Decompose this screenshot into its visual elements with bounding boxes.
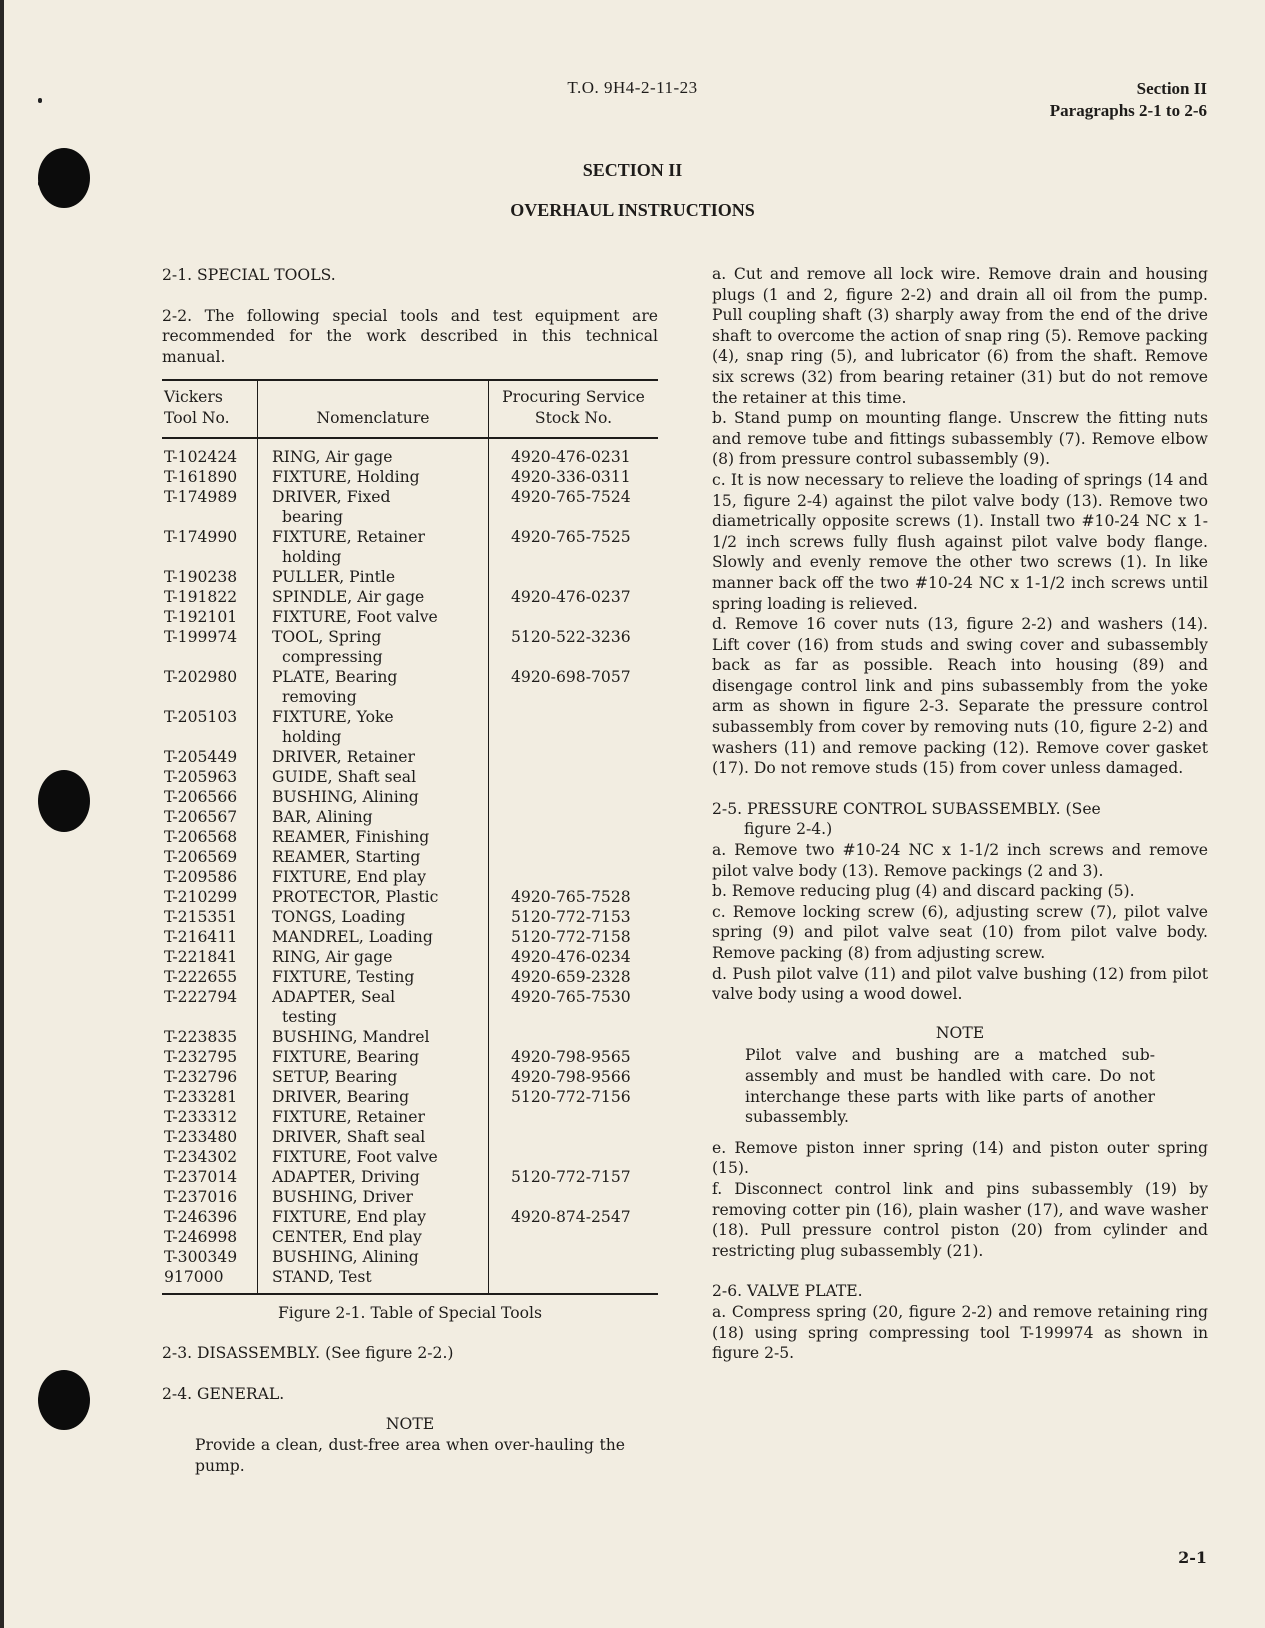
step-2-5-e: e. Remove piston inner spring (14) and p… [712,1138,1208,1179]
nomenclature-cell: PLATE, Bearingremoving [258,667,489,707]
heading-2-1: 2-1. SPECIAL TOOLS. [162,265,658,286]
section-title: SECTION II [0,160,1265,181]
table-row: T-216411MANDREL, Loading5120-772-7158 [162,927,658,947]
scan-edge [0,0,4,1628]
table-row: T-202980PLATE, Bearingremoving4920-698-7… [162,667,658,707]
nomenclature-cell: ADAPTER, Sealtesting [258,987,489,1027]
stock-number-cell: 5120-772-7158 [489,927,659,947]
tool-number-cell: T-233312 [162,1107,258,1127]
table-row: T-205963GUIDE, Shaft seal [162,767,658,787]
tool-number-cell: T-206567 [162,807,258,827]
tool-number-cell: T-192101 [162,607,258,627]
table-row: T-237016BUSHING, Driver [162,1187,658,1207]
stock-number-cell: 4920-476-0234 [489,947,659,967]
tool-number-cell: T-191822 [162,587,258,607]
table-row: T-199974TOOL, Springcompressing5120-522-… [162,627,658,667]
stock-number-cell [489,607,659,627]
stock-number-cell [489,1227,659,1247]
nomenclature-cell: REAMER, Starting [258,847,489,867]
tool-number-cell: T-233281 [162,1087,258,1107]
nomenclature-cell: GUIDE, Shaft seal [258,767,489,787]
table-row: T-205103FIXTURE, Yokeholding [162,707,658,747]
table-row: T-174990FIXTURE, Retainerholding4920-765… [162,527,658,567]
tool-number-cell: T-234302 [162,1147,258,1167]
stock-number-cell: 4920-765-7530 [489,987,659,1027]
table-row: T-206567BAR, Alining [162,807,658,827]
nomenclature-cell: SPINDLE, Air gage [258,587,489,607]
tool-number-cell: T-205103 [162,707,258,747]
tool-number-cell: T-206569 [162,847,258,867]
header-nomenclature: Nomenclature [258,380,489,437]
step-2-5-d: d. Push pilot valve (11) and pilot valve… [712,964,1208,1005]
nomenclature-cell: FIXTURE, Retainerholding [258,527,489,567]
tool-number-cell: T-205449 [162,747,258,767]
table-row: T-233312FIXTURE, Retainer [162,1107,658,1127]
step-2-5-a: a. Remove two #10-24 NC x 1-1/2 inch scr… [712,840,1208,881]
nomenclature-cell: FIXTURE, Foot valve [258,607,489,627]
nomenclature-cell: BUSHING, Mandrel [258,1027,489,1047]
tool-number-cell: T-202980 [162,667,258,707]
paragraphs-label: Paragraphs 2-1 to 2-6 [1050,100,1207,122]
nomenclature-cell: DRIVER, Retainer [258,747,489,767]
table-row: T-210299PROTECTOR, Plastic4920-765-7528 [162,887,658,907]
header-tool-no: Vickers Tool No. [162,380,258,437]
step-d: d. Remove 16 cover nuts (13, figure 2-2)… [712,614,1208,779]
table-row: T-232795FIXTURE, Bearing4920-798-9565 [162,1047,658,1067]
nomenclature-cell: RING, Air gage [258,947,489,967]
nomenclature-cell: BUSHING, Alining [258,787,489,807]
nomenclature-cell: FIXTURE, Bearing [258,1047,489,1067]
tool-number-cell: T-102424 [162,438,258,467]
table-header-row: Vickers Tool No. Nomenclature Procuring … [162,380,658,437]
tool-number-cell: T-216411 [162,927,258,947]
table-row: T-174989DRIVER, Fixedbearing4920-765-752… [162,487,658,527]
table-row: T-234302FIXTURE, Foot valve [162,1147,658,1167]
stock-number-cell: 4920-765-7524 [489,487,659,527]
heading-2-5: 2-5. PRESSURE CONTROL SUBASSEMBLY. (See [712,799,1208,820]
tool-number-cell: 917000 [162,1267,258,1294]
table-row: T-215351TONGS, Loading5120-772-7153 [162,907,658,927]
tool-number-cell: T-199974 [162,627,258,667]
table-row: T-102424RING, Air gage4920-476-0231 [162,438,658,467]
table-row: T-191822SPINDLE, Air gage4920-476-0237 [162,587,658,607]
punch-hole-icon [38,770,90,832]
tool-number-cell: T-174989 [162,487,258,527]
special-tools-table: Vickers Tool No. Nomenclature Procuring … [162,379,658,1294]
nomenclature-cell: RING, Air gage [258,438,489,467]
left-column: 2-1. SPECIAL TOOLS. 2-2. The following s… [162,265,658,1476]
table-row: T-161890FIXTURE, Holding4920-336-0311 [162,467,658,487]
scan-speck [38,98,42,103]
table-row: T-222655FIXTURE, Testing4920-659-2328 [162,967,658,987]
nomenclature-cell: BUSHING, Driver [258,1187,489,1207]
table-row: 917000STAND, Test [162,1267,658,1294]
nomenclature-cell: DRIVER, Shaft seal [258,1127,489,1147]
heading-2-5-ref: figure 2-4.) [712,819,1208,840]
table-row: T-209586FIXTURE, End play [162,867,658,887]
nomenclature-cell: PULLER, Pintle [258,567,489,587]
step-2-5-c: c. Remove locking screw (6), adjusting s… [712,902,1208,964]
table-row: T-206566BUSHING, Alining [162,787,658,807]
step-b: b. Stand pump on mounting flange. Unscre… [712,408,1208,470]
note-title: NOTE [162,1414,658,1435]
nomenclature-cell: FIXTURE, End play [258,867,489,887]
stock-number-cell [489,1107,659,1127]
stock-number-cell: 4920-798-9565 [489,1047,659,1067]
table-row: T-206569REAMER, Starting [162,847,658,867]
nomenclature-cell: REAMER, Finishing [258,827,489,847]
tool-number-cell: T-246998 [162,1227,258,1247]
nomenclature-cell: TOOL, Springcompressing [258,627,489,667]
nomenclature-cell: PROTECTOR, Plastic [258,887,489,907]
note-body: Provide a clean, dust-free area when ove… [195,1435,625,1476]
tool-number-cell: T-246396 [162,1207,258,1227]
nomenclature-cell: ADAPTER, Driving [258,1167,489,1187]
stock-number-cell: 5120-772-7156 [489,1087,659,1107]
paragraph-2-2: 2-2. The following special tools and tes… [162,306,658,368]
stock-number-cell: 4920-698-7057 [489,667,659,707]
stock-number-cell [489,1247,659,1267]
nomenclature-cell: FIXTURE, Yokeholding [258,707,489,747]
tool-number-cell: T-237016 [162,1187,258,1207]
stock-number-cell [489,767,659,787]
table-row: T-237014ADAPTER, Driving5120-772-7157 [162,1167,658,1187]
stock-number-cell [489,1027,659,1047]
nomenclature-cell: DRIVER, Fixedbearing [258,487,489,527]
tool-number-cell: T-232795 [162,1047,258,1067]
nomenclature-cell: FIXTURE, End play [258,1207,489,1227]
stock-number-cell [489,867,659,887]
stock-number-cell [489,567,659,587]
heading-2-4: 2-4. GENERAL. [162,1384,658,1405]
tool-number-cell: T-223835 [162,1027,258,1047]
stock-number-cell [489,1127,659,1147]
stock-number-cell: 4920-765-7525 [489,527,659,567]
table-row: T-221841RING, Air gage4920-476-0234 [162,947,658,967]
tool-number-cell: T-209586 [162,867,258,887]
stock-number-cell [489,707,659,747]
tool-number-cell: T-237014 [162,1167,258,1187]
heading-2-3: 2-3. DISASSEMBLY. (See figure 2-2.) [162,1343,658,1364]
nomenclature-cell: STAND, Test [258,1267,489,1294]
step-a: a. Cut and remove all lock wire. Remove … [712,264,1208,408]
table-row: T-246998CENTER, End play [162,1227,658,1247]
figure-caption: Figure 2-1. Table of Special Tools [162,1303,658,1324]
nomenclature-cell: FIXTURE, Testing [258,967,489,987]
section-subtitle: OVERHAUL INSTRUCTIONS [0,200,1265,221]
stock-number-cell [489,847,659,867]
table-body: T-102424RING, Air gage4920-476-0231T-161… [162,438,658,1294]
stock-number-cell [489,807,659,827]
tool-number-cell: T-210299 [162,887,258,907]
stock-number-cell: 5120-772-7153 [489,907,659,927]
table-row: T-232796SETUP, Bearing4920-798-9566 [162,1067,658,1087]
stock-number-cell [489,1147,659,1167]
tool-number-cell: T-215351 [162,907,258,927]
running-header: Section II Paragraphs 2-1 to 2-6 [1050,78,1207,122]
table-row: T-205449DRIVER, Retainer [162,747,658,767]
table-row: T-300349BUSHING, Alining [162,1247,658,1267]
stock-number-cell [489,787,659,807]
table-row: T-206568REAMER, Finishing [162,827,658,847]
punch-hole-icon [38,1370,90,1430]
tool-number-cell: T-205963 [162,767,258,787]
nomenclature-cell: FIXTURE, Holding [258,467,489,487]
tool-number-cell: T-222794 [162,987,258,1027]
stock-number-cell: 4920-798-9566 [489,1067,659,1087]
stock-number-cell: 4920-476-0231 [489,438,659,467]
table-row: T-192101FIXTURE, Foot valve [162,607,658,627]
table-row: T-223835BUSHING, Mandrel [162,1027,658,1047]
stock-number-cell [489,747,659,767]
stock-number-cell: 4920-659-2328 [489,967,659,987]
table-row: T-233480DRIVER, Shaft seal [162,1127,658,1147]
stock-number-cell: 4920-476-0237 [489,587,659,607]
step-c: c. It is now necessary to relieve the lo… [712,470,1208,614]
section-label: Section II [1050,78,1207,100]
stock-number-cell: 4920-765-7528 [489,887,659,907]
step-2-5-b: b. Remove reducing plug (4) and discard … [712,881,1208,902]
nomenclature-cell: TONGS, Loading [258,907,489,927]
step-2-5-f: f. Disconnect control link and pins suba… [712,1179,1208,1261]
tool-number-cell: T-206568 [162,827,258,847]
heading-2-6: 2-6. VALVE PLATE. [712,1281,1208,1302]
nomenclature-cell: BAR, Alining [258,807,489,827]
nomenclature-cell: SETUP, Bearing [258,1067,489,1087]
note-body: Pilot valve and bushing are a matched su… [745,1045,1155,1127]
tool-number-cell: T-221841 [162,947,258,967]
nomenclature-cell: DRIVER, Bearing [258,1087,489,1107]
table-row: T-222794ADAPTER, Sealtesting4920-765-753… [162,987,658,1027]
note-title: NOTE [712,1023,1208,1044]
tool-number-cell: T-233480 [162,1127,258,1147]
stock-number-cell [489,1187,659,1207]
table-row: T-233281DRIVER, Bearing5120-772-7156 [162,1087,658,1107]
step-2-6-a: a. Compress spring (20, figure 2-2) and … [712,1302,1208,1364]
tool-number-cell: T-206566 [162,787,258,807]
nomenclature-cell: FIXTURE, Foot valve [258,1147,489,1167]
nomenclature-cell: FIXTURE, Retainer [258,1107,489,1127]
tool-number-cell: T-222655 [162,967,258,987]
stock-number-cell [489,827,659,847]
nomenclature-cell: BUSHING, Alining [258,1247,489,1267]
stock-number-cell: 5120-772-7157 [489,1167,659,1187]
nomenclature-cell: CENTER, End play [258,1227,489,1247]
tool-number-cell: T-232796 [162,1067,258,1087]
stock-number-cell: 5120-522-3236 [489,627,659,667]
stock-number-cell: 4920-336-0311 [489,467,659,487]
page-number: 2-1 [1178,1548,1207,1567]
tool-number-cell: T-300349 [162,1247,258,1267]
header-stock-no: Procuring Service Stock No. [489,380,659,437]
table-row: T-246396FIXTURE, End play4920-874-2547 [162,1207,658,1227]
nomenclature-cell: MANDREL, Loading [258,927,489,947]
tool-number-cell: T-190238 [162,567,258,587]
stock-number-cell: 4920-874-2547 [489,1207,659,1227]
table-row: T-190238PULLER, Pintle [162,567,658,587]
tool-number-cell: T-161890 [162,467,258,487]
right-column: a. Cut and remove all lock wire. Remove … [712,264,1208,1364]
tool-number-cell: T-174990 [162,527,258,567]
stock-number-cell [489,1267,659,1294]
